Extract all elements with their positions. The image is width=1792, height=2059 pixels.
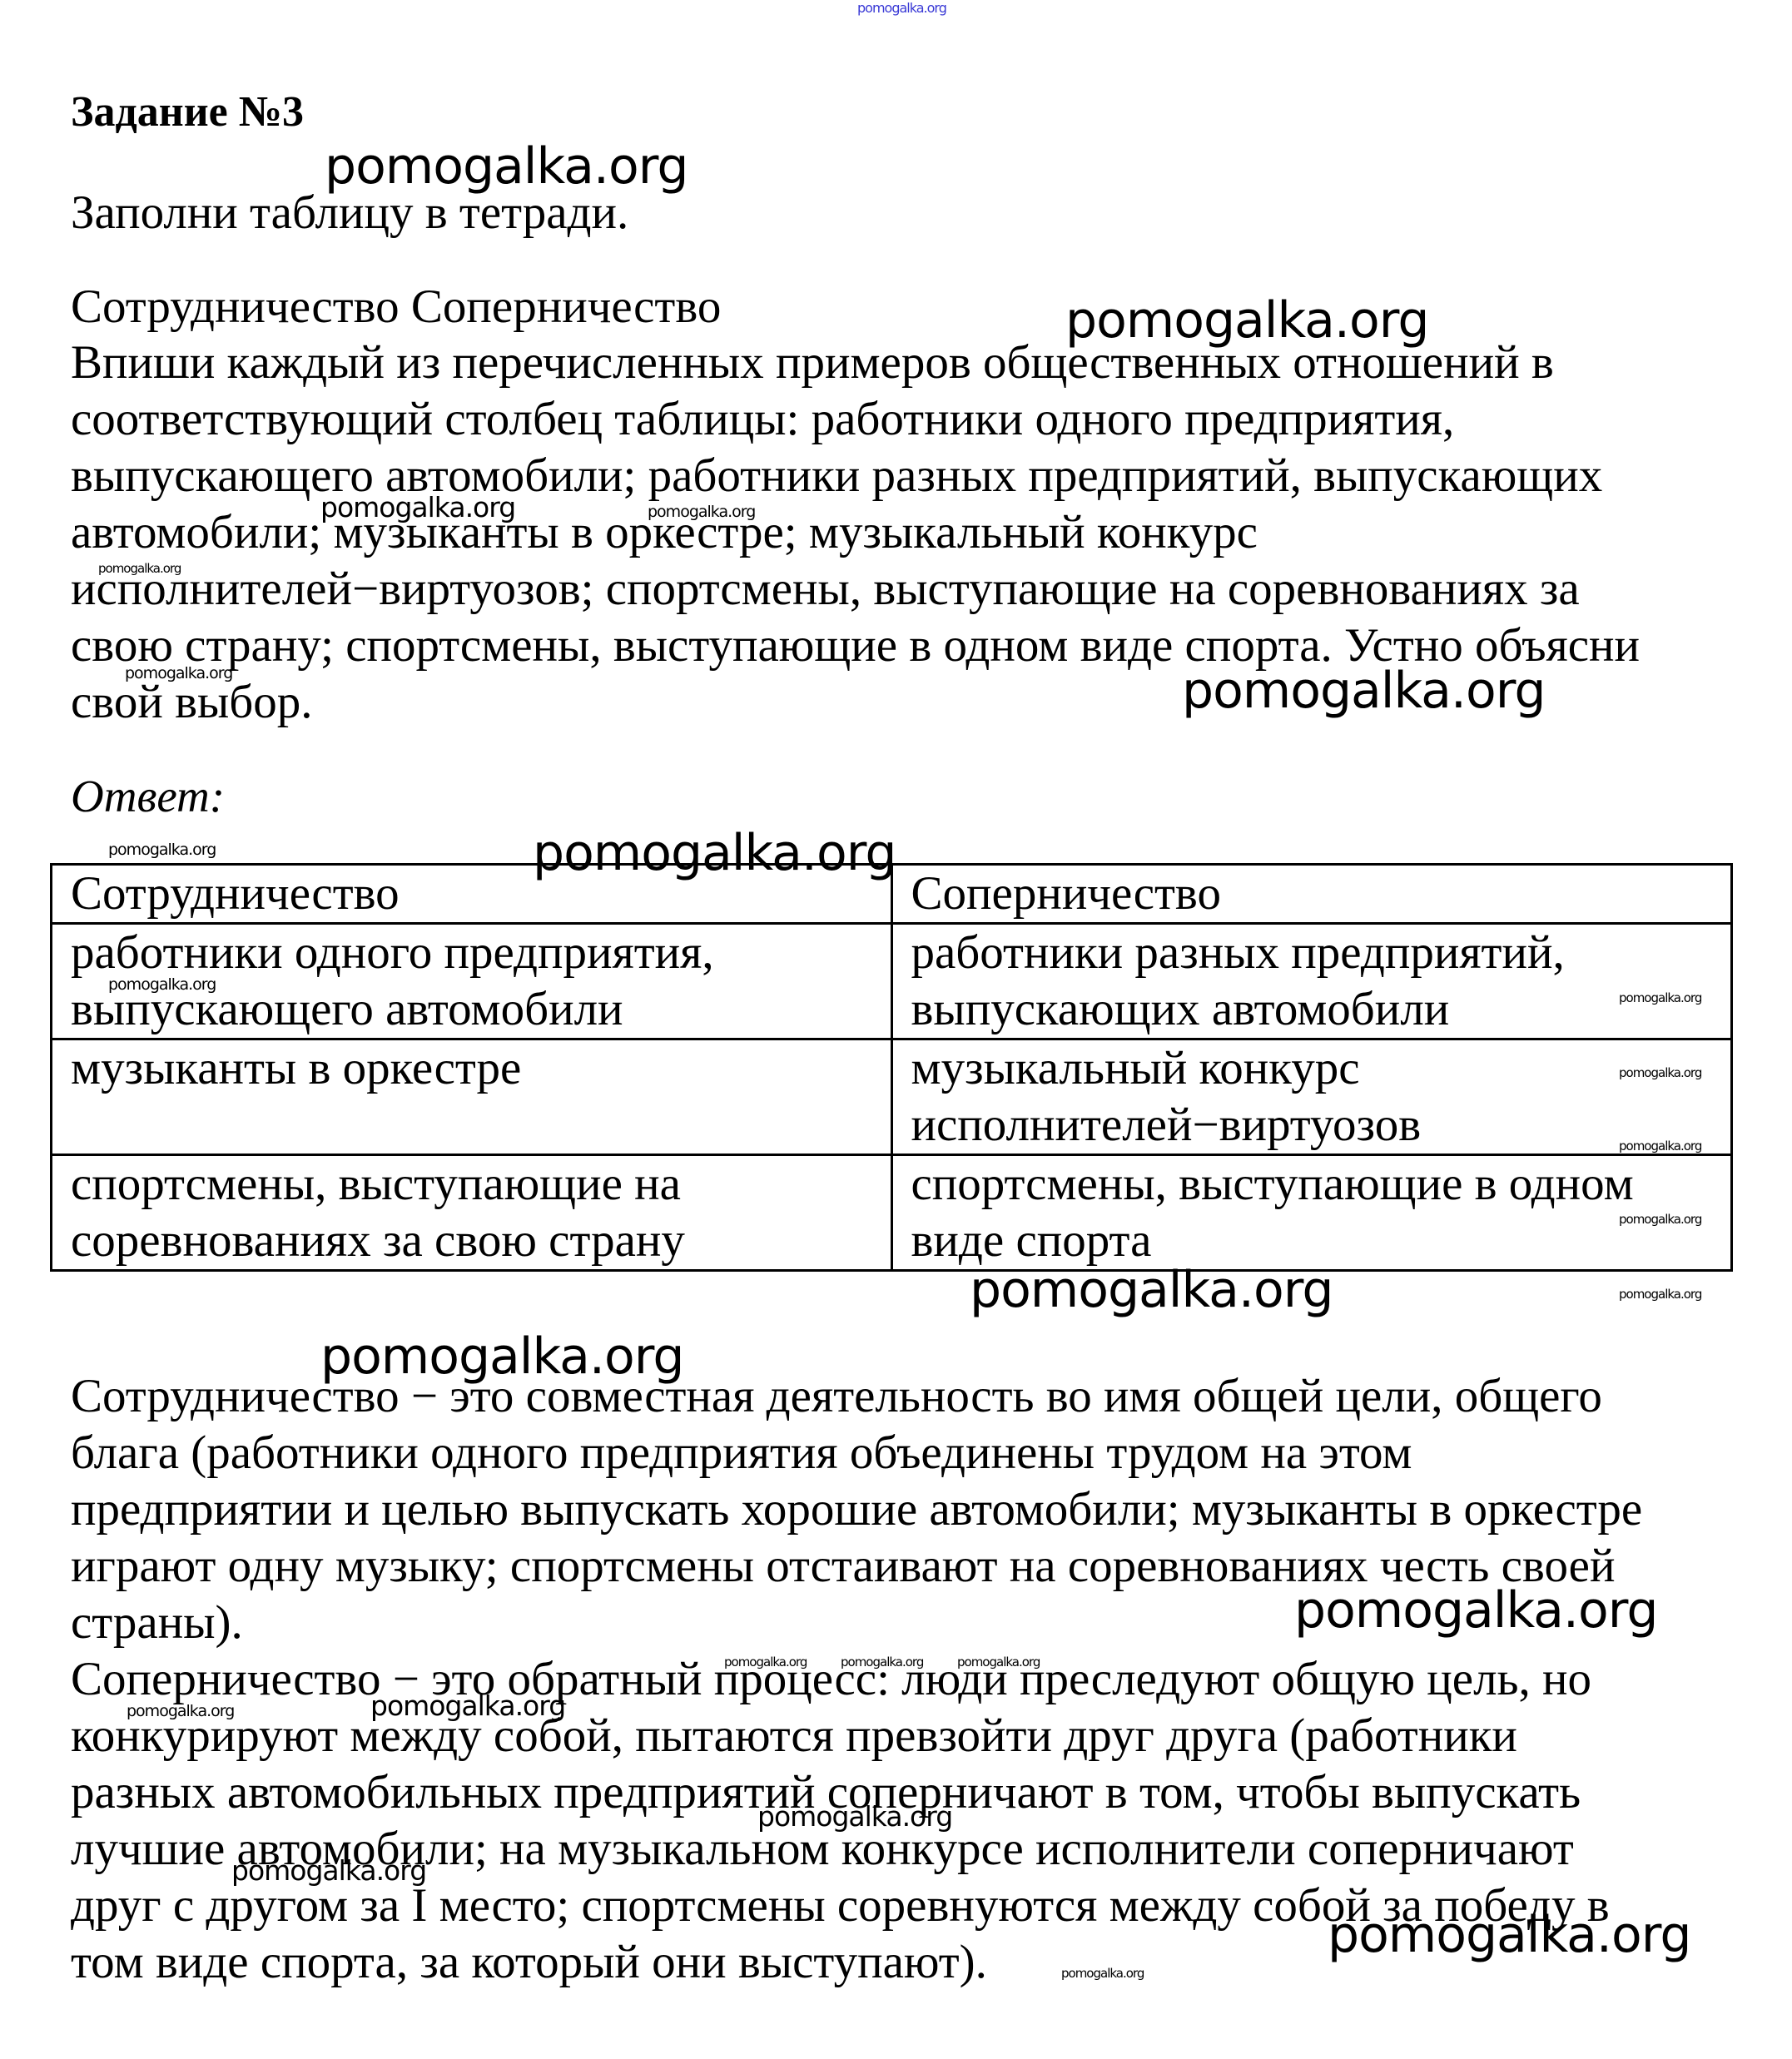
watermark: pomogalka.org	[1182, 662, 1545, 720]
instruction: Заполни таблицу в тетради.	[71, 185, 628, 241]
watermark: pomogalka.org	[1619, 1287, 1701, 1302]
table-row: работники одного предприятия, выпускающе…	[52, 924, 1732, 1039]
watermark: pomogalka.org	[1294, 1581, 1657, 1640]
columns-line: Сотрудничество Соперничество	[71, 279, 721, 335]
explanation-line: блага (работники одного предприятия объе…	[71, 1425, 1412, 1481]
watermark: pomogalka.org	[127, 1702, 234, 1720]
watermark: pomogalka.org	[757, 1800, 952, 1833]
table-row: музыканты в оркестре музыкальный конкурс…	[52, 1039, 1732, 1155]
task-line: свой выбор.	[71, 674, 313, 731]
task-line: исполнителей−виртуозов; спортсмены, выст…	[71, 561, 1580, 618]
table-cell: музыкальный конкурс исполнителей−виртуоз…	[891, 1039, 1732, 1155]
watermark: pomogalka.org	[970, 1261, 1333, 1319]
explanation-line: предприятии и целью выпускать хорошие ав…	[71, 1481, 1642, 1538]
explanation-line: том виде спорта, за который они выступаю…	[71, 1934, 987, 1991]
watermark: pomogalka.org	[370, 1689, 565, 1722]
watermark: pomogalka.org	[841, 1655, 923, 1670]
watermark: pomogalka.org	[320, 491, 515, 523]
table-cell: спортсмены, выступающие в одном виде спо…	[891, 1155, 1732, 1271]
watermark-top: pomogalka.org	[857, 0, 946, 16]
explanation-line: конкурируют между собой, пытаются превзо…	[71, 1708, 1517, 1764]
answer-label: Ответ:	[71, 770, 225, 822]
watermark: pomogalka.org	[1619, 1139, 1701, 1154]
table-cell: спортсмены, выступающие на соревнованиях…	[52, 1155, 892, 1271]
answer-table: Сотрудничество Соперничество работники о…	[50, 863, 1733, 1272]
explanation-line: страны).	[71, 1595, 243, 1651]
watermark: pomogalka.org	[1619, 1065, 1701, 1080]
watermark: pomogalka.org	[957, 1655, 1040, 1670]
watermark: pomogalka.org	[1328, 1906, 1690, 1964]
watermark: pomogalka.org	[98, 561, 181, 576]
watermark: pomogalka.org	[724, 1655, 807, 1670]
watermark: pomogalka.org	[1061, 1966, 1144, 1981]
table-cell: музыканты в оркестре	[52, 1039, 892, 1155]
watermark: pomogalka.org	[648, 503, 755, 521]
watermark: pomogalka.org	[108, 975, 216, 994]
task-line: соответствующий столбец таблицы: работни…	[71, 391, 1454, 448]
task-line: Впиши каждый из перечисленных примеров о…	[71, 335, 1554, 391]
watermark: pomogalka.org	[533, 824, 896, 882]
watermark: pomogalka.org	[231, 1854, 426, 1887]
watermark: pomogalka.org	[125, 664, 232, 682]
explanation-line: Сотрудничество − это совместная деятельн…	[71, 1368, 1602, 1425]
task-line: выпускающего автомобили; работники разны…	[71, 448, 1602, 504]
watermark: pomogalka.org	[1619, 990, 1701, 1005]
table-cell: работники разных предприятий, выпускающи…	[891, 924, 1732, 1039]
task-title: Задание №3	[71, 87, 304, 136]
column-header-rivalry: Соперничество	[891, 865, 1732, 924]
table-row: спортсмены, выступающие на соревнованиях…	[52, 1155, 1732, 1271]
watermark: pomogalka.org	[108, 841, 216, 859]
watermark: pomogalka.org	[1619, 1212, 1701, 1227]
explanation-line: Соперничество − это обратный процесс: лю…	[71, 1651, 1591, 1708]
